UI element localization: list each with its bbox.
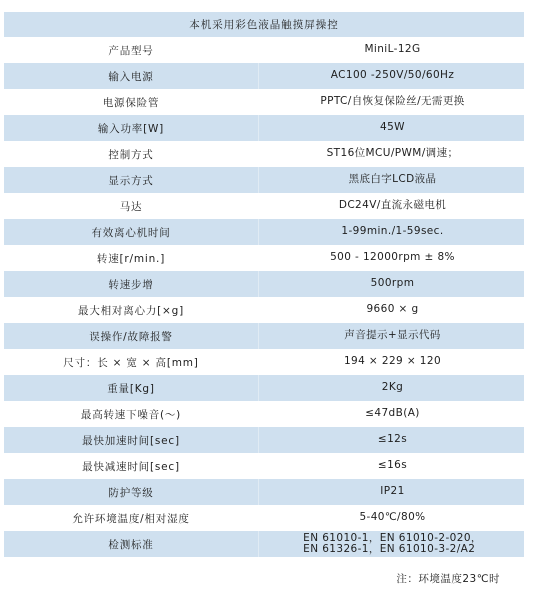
row-value: 5-40℃/80% xyxy=(258,505,524,531)
row-value: PPTC/自恢复保险丝/无需更换 xyxy=(258,89,524,115)
table-row-standards: 检测标准 EN 61010-1，EN 61010-2-020， EN 61326… xyxy=(4,531,524,557)
table-row-alarm: 误操作/故障报警 声音提示+显示代码 xyxy=(4,323,524,349)
row-label: 最快加速时间[sec] xyxy=(4,433,258,448)
table-row-speed-step: 转速步增 500rpm xyxy=(4,271,524,297)
table-row-deceleration: 最快减速时间[sec] ≤16s xyxy=(4,453,524,479)
row-label: 电源保险管 xyxy=(4,95,258,110)
row-value: 黑底白字LCD液晶 xyxy=(258,167,524,193)
row-label: 误操作/故障报警 xyxy=(4,329,258,344)
table-row-power-input: 输入电源 AC100 -250V/50/60Hz xyxy=(4,63,524,89)
table-row-weight: 重量[Kg] 2Kg xyxy=(4,375,524,401)
row-value: ST16位MCU/PWM/调速； xyxy=(258,141,524,167)
table-row-speed: 转速[r/min.] 500 - 12000rpm ± 8% xyxy=(4,245,524,271)
row-label: 输入功率[W] xyxy=(4,121,258,136)
table-row-noise: 最高转速下噪音(～) ≤47dB(A) xyxy=(4,401,524,427)
row-value: 500 - 12000rpm ± 8% xyxy=(258,245,524,271)
row-label: 尺寸：长 × 宽 × 高[mm] xyxy=(4,355,258,370)
table-row-fuse: 电源保险管 PPTC/自恢复保险丝/无需更换 xyxy=(4,89,524,115)
standards-line-2: EN 61326-1，EN 61010-3-2/A2 xyxy=(303,544,475,556)
table-row-input-power: 输入功率[W] 45W xyxy=(4,115,524,141)
row-value: 194 × 229 × 120 xyxy=(258,349,524,375)
row-value: 2Kg xyxy=(258,375,524,401)
row-value: 9660 × g xyxy=(258,297,524,323)
row-label: 最快减速时间[sec] xyxy=(4,459,258,474)
footnote: 注：环境温度23℃时 xyxy=(396,571,500,586)
row-value: MiniL-12G xyxy=(258,37,524,63)
row-label: 允许环境温度/相对湿度 xyxy=(4,511,258,526)
row-label: 控制方式 xyxy=(4,147,258,162)
table-row-model: 产品型号 MiniL-12G xyxy=(4,37,524,63)
table-row-max-rcf: 最大相对离心力[×g] 9660 × g xyxy=(4,297,524,323)
row-label: 防护等级 xyxy=(4,485,258,500)
row-label: 转速[r/min.] xyxy=(4,251,258,266)
row-value: 45W xyxy=(258,115,524,141)
table-row-timer: 有效离心机时间 1-99min./1-59sec. xyxy=(4,219,524,245)
row-label: 有效离心机时间 xyxy=(4,225,258,240)
row-value: ≤47dB(A) xyxy=(258,401,524,427)
row-label: 检测标准 xyxy=(4,537,258,552)
table-row-control-mode: 控制方式 ST16位MCU/PWM/调速； xyxy=(4,141,524,167)
spec-table: 本机采用彩色液晶触摸屏操控 产品型号 MiniL-12G 输入电源 AC100 … xyxy=(4,12,524,557)
row-value: EN 61010-1，EN 61010-2-020， EN 61326-1，EN… xyxy=(258,531,524,557)
table-row-protection-class: 防护等级 IP21 xyxy=(4,479,524,505)
table-header: 本机采用彩色液晶触摸屏操控 xyxy=(4,12,524,37)
row-value: DC24V/直流永磁电机 xyxy=(258,193,524,219)
row-value: ≤16s xyxy=(258,453,524,479)
row-value: AC100 -250V/50/60Hz xyxy=(258,63,524,89)
row-value: ≤12s xyxy=(258,427,524,453)
row-label: 产品型号 xyxy=(4,43,258,58)
row-value: IP21 xyxy=(258,479,524,505)
row-value: 声音提示+显示代码 xyxy=(258,323,524,349)
row-label: 最大相对离心力[×g] xyxy=(4,303,258,318)
table-row-motor: 马达 DC24V/直流永磁电机 xyxy=(4,193,524,219)
table-row-display-mode: 显示方式 黑底白字LCD液晶 xyxy=(4,167,524,193)
row-value: 500rpm xyxy=(258,271,524,297)
table-row-dimensions: 尺寸：长 × 宽 × 高[mm] 194 × 229 × 120 xyxy=(4,349,524,375)
row-value: 1-99min./1-59sec. xyxy=(258,219,524,245)
table-row-acceleration: 最快加速时间[sec] ≤12s xyxy=(4,427,524,453)
row-label: 显示方式 xyxy=(4,173,258,188)
row-label: 重量[Kg] xyxy=(4,381,258,396)
table-row-environment: 允许环境温度/相对湿度 5-40℃/80% xyxy=(4,505,524,531)
row-label: 最高转速下噪音(～) xyxy=(4,407,258,422)
row-label: 转速步增 xyxy=(4,277,258,292)
row-label: 马达 xyxy=(4,199,258,214)
row-label: 输入电源 xyxy=(4,69,258,84)
